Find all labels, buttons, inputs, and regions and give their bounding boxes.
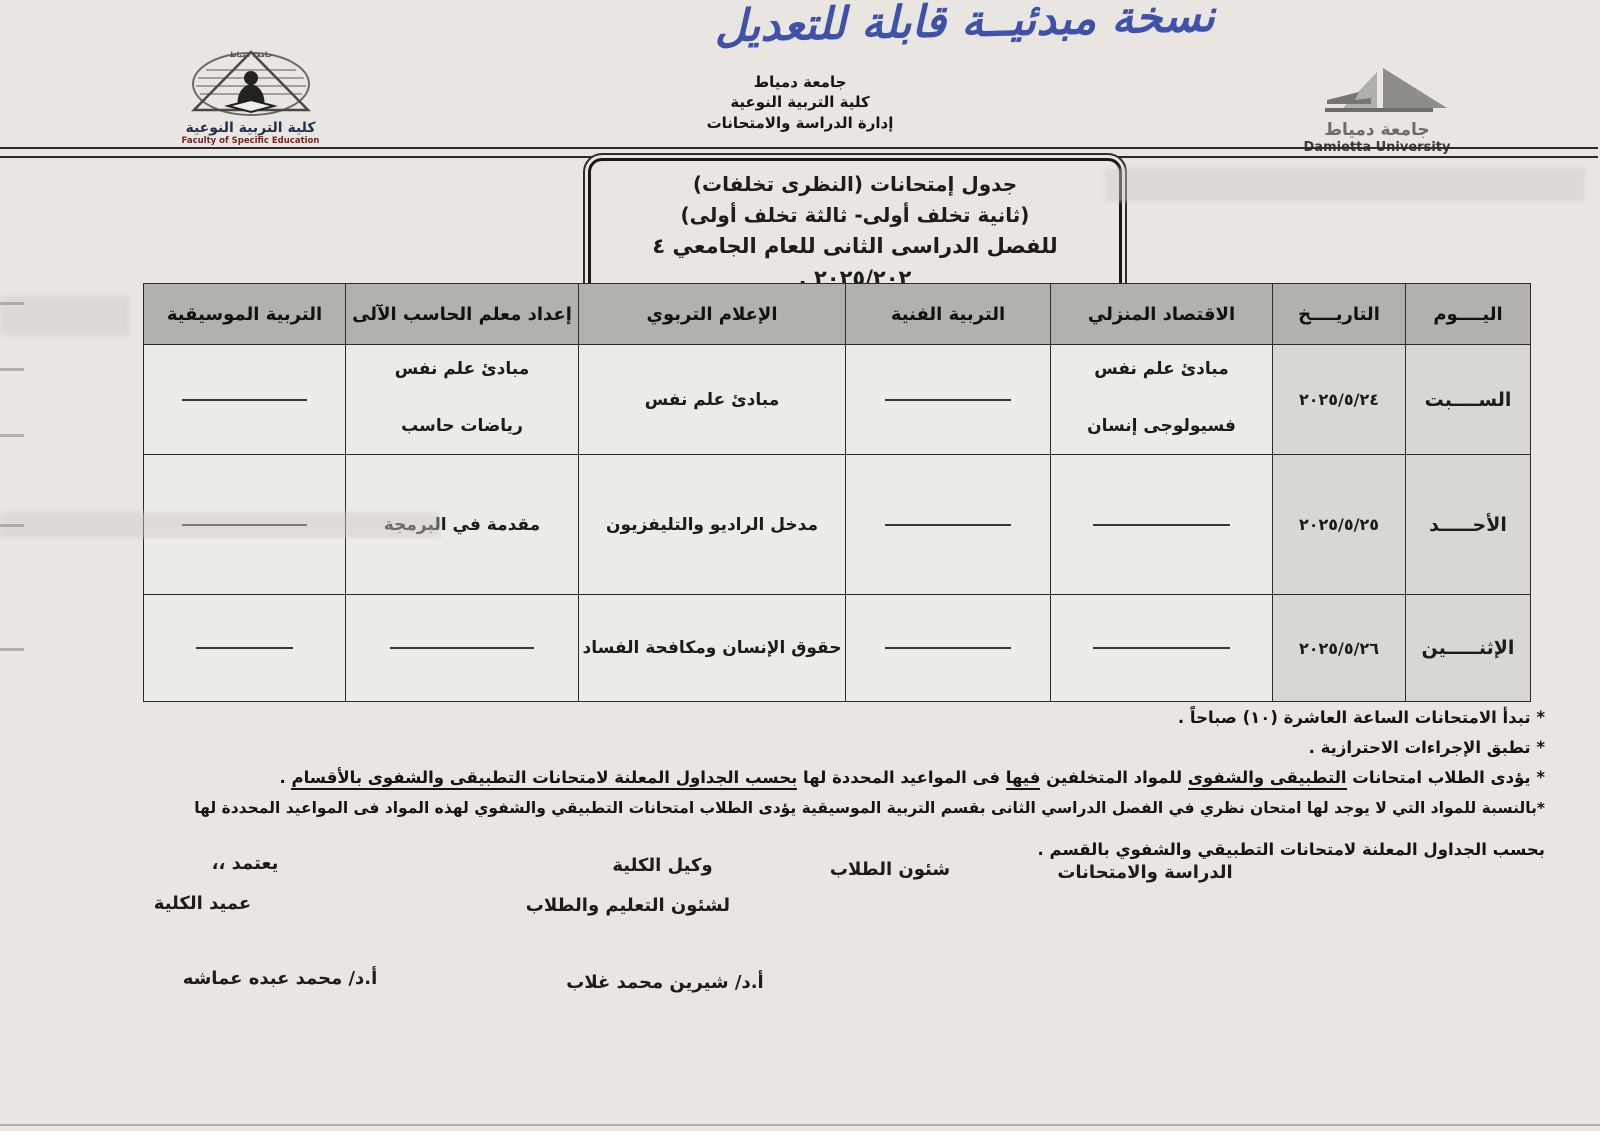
cell-sun-educational-media: مدخل الراديو والتليفزيون [579,455,846,595]
day-cell: الإثنـــــين [1406,595,1531,702]
subject: مبادئ علم نفس [579,345,845,454]
day-cell: الأحـــــد [1406,455,1531,595]
col-header-music-education: التربية الموسيقية [144,284,346,345]
no-exam-dash [182,524,307,526]
no-exam-dash [885,524,1011,526]
table-row-saturday: الســــبت ٢٠٢٥/٥/٢٤ مبادئ علم نفس فسيولو… [144,345,1531,455]
subject: فسيولوجى إنسان [1055,416,1268,436]
note-music-dept-line1: *بالنسبة للمواد التي لا يوجد لها امتحان … [85,793,1545,823]
cell-sat-art-education [846,345,1051,455]
faculty-emblem-icon: جامعة دمياط [176,48,326,118]
org-administration: إدارة الدراسة والامتحانات [600,113,1000,133]
subject: مقدمة في البرمجة [346,455,578,594]
col-header-educational-media: الإعلام التربوي [579,284,846,345]
note-precautions: * تطبق الإجراءات الاحترازية . [85,733,1545,763]
col-header-date: التاريــــخ [1273,284,1406,345]
cell-sun-computer-teacher: مقدمة في البرمجة [346,455,579,595]
faculty-logo-name-ar: كلية التربية النوعية [158,120,343,136]
org-header: جامعة دمياط كلية التربية النوعية إدارة ا… [600,72,1000,133]
cell-sun-art-education [846,455,1051,595]
faculty-logo: جامعة دمياط كلية التربية النوعية Faculty… [158,48,343,146]
cell-sat-music-education [144,345,346,455]
sig-approve-label: يعتمد ،، [160,853,330,874]
sig-vice-dean-subtitle: لشئون التعليم والطلاب [535,895,730,916]
sig-study-exams: الدراسة والامتحانات [1055,862,1235,883]
faculty-logo-name-en: Faculty of Specific Education [158,136,343,146]
date-cell: ٢٠٢٥/٥/٢٦ [1273,595,1406,702]
table-row-monday: الإثنـــــين ٢٠٢٥/٥/٢٦ حقوق الإنسان ومكا… [144,595,1531,702]
cell-sun-music-education [144,455,346,595]
svg-text:جامعة دمياط: جامعة دمياط [229,51,272,59]
scan-mark [0,524,24,527]
sig-student-affairs: شئون الطلاب [805,859,975,880]
sig-vice-dean-title: وكيل الكلية [565,855,760,876]
day-cell: الســــبت [1406,345,1531,455]
table-header-row: اليــــوم التاريــــخ الاقتصاد المنزلي ا… [144,284,1531,345]
scan-smudge [0,296,130,336]
org-faculty: كلية التربية النوعية [600,92,1000,112]
col-header-day: اليــــوم [1406,284,1531,345]
university-emblem-icon [1297,66,1457,118]
scan-mark [0,302,24,305]
subject: مبادئ علم نفس [350,359,574,379]
scan-mark [0,368,24,371]
no-exam-dash [885,647,1011,649]
no-exam-dash [885,399,1011,401]
cell-sat-computer-teacher: مبادئ علم نفس رياضات حاسب [346,345,579,455]
col-header-home-economics: الاقتصاد المنزلي [1051,284,1273,345]
col-header-computer-teacher: إعداد معلم الحاسب الآلى [346,284,579,345]
note-practical-oral: * يؤدى الطلاب امتحانات التطبيقى والشفوى … [85,763,1545,793]
university-logo-name-ar: جامعة دمياط [1282,120,1472,140]
cell-sat-educational-media: مبادئ علم نفس [579,345,846,455]
no-exam-dash [1093,524,1230,526]
cell-mon-art-education [846,595,1051,702]
date-cell: ٢٠٢٥/٥/٢٤ [1273,345,1406,455]
subject: مدخل الراديو والتليفزيون [579,455,845,594]
university-logo: جامعة دمياط Damietta University [1282,66,1472,155]
table-row-sunday: الأحـــــد ٢٠٢٥/٥/٢٥ مدخل الراديو والتلي… [144,455,1531,595]
no-exam-dash [1093,647,1230,649]
note-start-time: * تبدأ الامتحانات الساعة العاشرة (١٠) صب… [85,703,1545,733]
scan-mark [0,434,24,437]
scan-smudge [1105,168,1585,202]
title-line-1: جدول إمتحانات (النظرى تخلفات) [601,169,1109,200]
scan-bottom-edge [0,1124,1600,1126]
subject: مبادئ علم نفس [1055,359,1268,379]
cell-sun-home-economics [1051,455,1273,595]
col-header-art-education: التربية الفنية [846,284,1051,345]
no-exam-dash [390,647,534,649]
cell-mon-computer-teacher [346,595,579,702]
sig-vice-dean-name: أ.د/ شيرين محمد غلاب [555,972,775,993]
cell-mon-home-economics [1051,595,1273,702]
subject: حقوق الإنسان ومكافحة الفساد [579,595,845,701]
handwritten-note: نسخة مبدئيــة قابلة للتعديل [614,0,1315,81]
sig-dean-name: أ.د/ محمد عبده عماشه [165,968,395,989]
org-university: جامعة دمياط [600,72,1000,92]
cell-mon-music-education [144,595,346,702]
cell-sat-home-economics: مبادئ علم نفس فسيولوجى إنسان [1051,345,1273,455]
footnotes: * تبدأ الامتحانات الساعة العاشرة (١٠) صب… [85,703,1545,865]
scanned-exam-schedule-document: نسخة مبدئيــة قابلة للتعديل جامعة دمياط … [0,0,1600,1131]
cell-mon-educational-media: حقوق الإنسان ومكافحة الفساد [579,595,846,702]
title-line-2: (ثانية تخلف أولى- ثالثة تخلف أولى) [601,200,1109,231]
date-cell: ٢٠٢٥/٥/٢٥ [1273,455,1406,595]
sig-dean-title: عميد الكلية [115,893,290,914]
subject: رياضات حاسب [350,416,574,436]
header-divider [0,147,1598,158]
exam-schedule-table: اليــــوم التاريــــخ الاقتصاد المنزلي ا… [143,283,1531,702]
scan-mark [0,648,24,651]
no-exam-dash [182,399,307,401]
no-exam-dash [196,647,292,649]
